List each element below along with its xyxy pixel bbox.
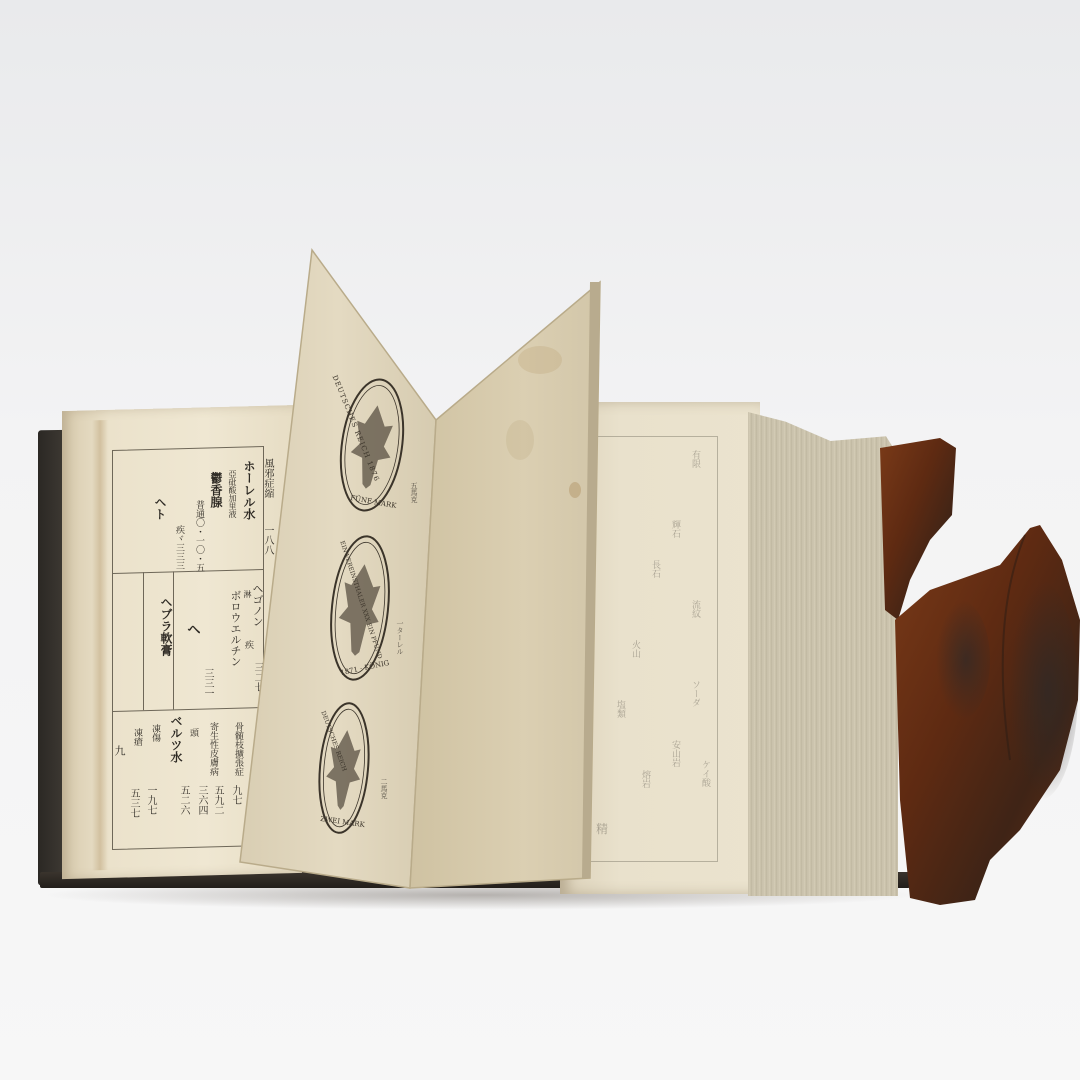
leather-flap [0, 0, 1080, 1080]
